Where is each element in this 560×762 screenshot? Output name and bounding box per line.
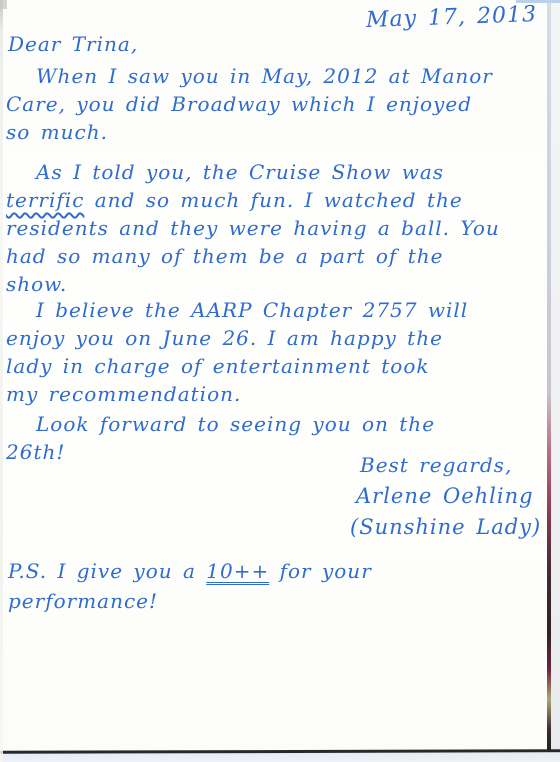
letter-line-text: and so much fun. I watched the [84,188,462,212]
signature-name: Arlene Oehling [356,481,541,512]
letter-line: Look forward to seeing you on the [6,410,550,438]
letter-line: I believe the AARP Chapter 2757 will [6,296,550,324]
letter-paragraph-2: As I told you, the Cruise Show was terri… [6,158,550,298]
letter-line: As I told you, the Cruise Show was [6,158,550,186]
letter-line: my recommendation. [6,380,550,408]
signature-nickname: (Sunshine Lady) [350,512,541,543]
scan-corner-top-left [0,0,7,9]
letter-line: show. [6,270,550,298]
letter-line: lady in charge of entertainment took [6,352,550,380]
letter-line: Care, you did Broadway which I enjoyed [6,90,550,118]
letter-line: residents and they were having a ball. Y… [6,214,550,242]
letter-date: May 17, 2013 [366,1,538,35]
scan-edge-bottom-paper [0,753,560,762]
scanned-letter-page: May 17, 2013 Dear Trina, When I saw you … [0,0,560,762]
underlined-score: 10++ [206,559,269,583]
letter-postscript: P.S. I give you a 10++ for your performa… [8,556,372,616]
scan-edge-right-line [547,0,551,752]
letter-paragraph-1: When I saw you in May, 2012 at Manor Car… [6,62,550,146]
letter-line: P.S. I give you a 10++ for your [8,556,372,586]
underlined-word: terrific [6,188,84,212]
closing-regards: Best regards, [360,450,541,481]
scan-edge-top-right [516,0,560,3]
letter-closing: Best regards, Arlene Oehling (Sunshine L… [350,450,541,543]
letter-line: had so many of them be a part of the [6,242,550,270]
scan-edge-left [0,0,3,762]
letter-line: terrific and so much fun. I watched the [6,186,550,214]
letter-line: When I saw you in May, 2012 at Manor [6,62,550,90]
letter-paragraph-3: I believe the AARP Chapter 2757 will enj… [6,296,550,408]
ps-text: for your [269,559,372,583]
scan-edge-right-paper [551,0,560,752]
letter-salutation: Dear Trina, [8,30,138,58]
letter-line: enjoy you on June 26. I am happy the [6,324,550,352]
letter-line: so much. [6,118,550,146]
letter-line: performance! [8,586,372,616]
ps-text: P.S. I give you a [8,559,206,583]
